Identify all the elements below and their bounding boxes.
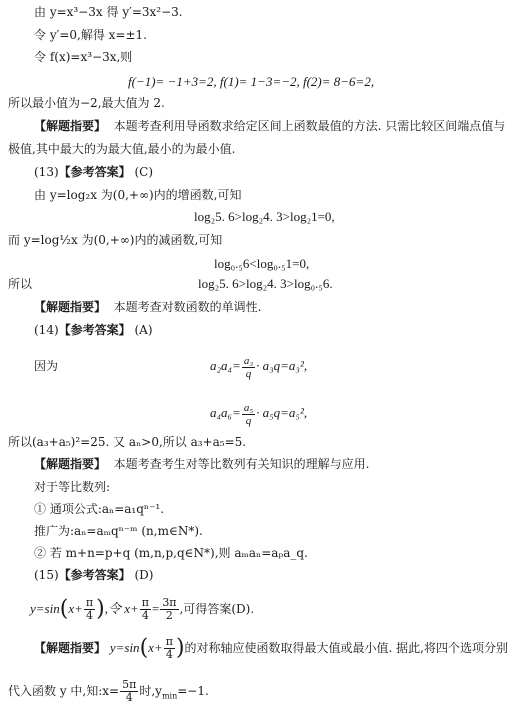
equation-part: y=sin xyxy=(30,601,60,616)
equation-part: ,令 x+ xyxy=(105,601,139,616)
answer-heading-14: (14)【参考答案】 (A) xyxy=(34,322,153,338)
fraction: a₅q xyxy=(242,402,255,427)
text-line: 所以最小值为−2,最大值为 2. xyxy=(8,95,165,111)
question-number: (14) xyxy=(34,323,59,337)
text-line: 令 y′=0,解得 x=±1. xyxy=(34,27,147,43)
equation-part: x+ xyxy=(148,640,163,655)
fraction: 3π2 xyxy=(160,597,178,622)
answer-label: 【参考答案】 xyxy=(59,165,131,179)
answer-label: 【参考答案】 xyxy=(59,568,131,582)
equation-a4a6: a₄a₆=a₅q· a₅q=a₅², xyxy=(210,393,307,433)
denominator: 4 xyxy=(140,610,151,622)
equation-line: log₂5. 6>log₂4. 3>log₂1=0, xyxy=(194,209,335,225)
equation-part: y=sin xyxy=(110,640,140,655)
text-line: 推广为:aₙ=aₘqⁿ⁻ᵐ (n,m∈N*). xyxy=(34,523,203,539)
hint-paragraph: 【解题指要】 本题考查考生对等比数列有关知识的理解与应用. xyxy=(34,456,369,472)
equation-part: · a₃q=a₃², xyxy=(256,358,307,373)
fraction: π4 xyxy=(164,636,175,661)
text-part: 代入函数 y 中,知:x= xyxy=(8,684,119,698)
text-line: 由 y=log₂x 为(0,+∞)内的增函数,可知 xyxy=(34,187,241,203)
fraction: a₃q xyxy=(242,355,255,380)
text-line: ① 通项公式:aₙ=a₁qⁿ⁻¹. xyxy=(34,501,164,517)
equation-line: f(−1)= −1+3=2, f(1)= 1−3=−2, f(2)= 8−6=2… xyxy=(128,74,374,90)
text-line: 极值,其中最大的为最大值,最小的为最小值. xyxy=(8,141,235,157)
equation-a2a4: a₂a₄=a₃q· a₃q=a₃², xyxy=(210,346,307,386)
denominator: 4 xyxy=(164,649,175,661)
paren: ( xyxy=(140,636,149,661)
equation-part: · a₅q=a₅², xyxy=(256,405,307,420)
denominator: q xyxy=(242,415,255,427)
paren: ) xyxy=(96,597,105,622)
hint-text: 的对称轴应使函数取得最大值或最小值. 据此,将四个选项分别 xyxy=(185,641,508,655)
text-line: 而 y=log½x 为(0,+∞)内的减函数,可知 xyxy=(8,232,222,248)
equation-part: = xyxy=(152,601,159,616)
hint-label: 【解题指要】 xyxy=(34,457,106,471)
text-line: ② 若 m+n=p+q (m,n,p,q∈N*),则 aₘaₙ=aₚa_q. xyxy=(34,545,308,561)
text-line: 所以(a₃+a₅)²=25. 又 aₙ>0,所以 a₃+a₅=5. xyxy=(8,434,246,450)
text-line: 令 f(x)=x³−3x,则 xyxy=(34,49,132,65)
paren: ) xyxy=(176,636,185,661)
hint-paragraph: 【解题指要】 本题考查利用导函数求给定区间上函数最值的方法. 只需比较区间端点值… xyxy=(34,118,505,134)
numerator: a₃ xyxy=(242,355,255,368)
denominator: 2 xyxy=(160,610,178,622)
hint-text: 本题考查考生对等比数列有关知识的理解与应用. xyxy=(114,457,370,471)
answer-heading-15: (15)【参考答案】 (D) xyxy=(34,567,153,583)
equation-sin: y=sin(x+π4),令 x+π4=3π2,可得答案(D). xyxy=(30,592,254,627)
question-number: (15) xyxy=(34,568,59,582)
text-line: 对于等比数列: xyxy=(34,479,110,495)
denominator: 4 xyxy=(84,610,95,622)
text-line: 所以 xyxy=(8,276,32,292)
answer-label: 【参考答案】 xyxy=(59,323,131,337)
equation-line: log₀.₅6<log₀.₅1=0, xyxy=(214,256,309,272)
numerator: a₅ xyxy=(242,402,255,415)
text-line: 由 y=x³−3x 得 y′=3x²−3. xyxy=(34,4,183,20)
denominator: 4 xyxy=(120,692,138,704)
equation-part: a₄a₆= xyxy=(210,405,241,420)
answer-value: (A) xyxy=(134,323,152,337)
hint-label: 【解题指要】 xyxy=(34,119,106,133)
subscript: min xyxy=(162,691,177,700)
hint-label: 【解题指要】 xyxy=(34,300,106,314)
denominator: q xyxy=(242,368,255,380)
answer-value: (C) xyxy=(134,165,153,179)
hint-paragraph: 【解题指要】 本题考查对数函数的单调性. xyxy=(34,299,261,315)
text-part: 时,y xyxy=(139,684,162,698)
fraction: π4 xyxy=(140,597,151,622)
answer-value: (D) xyxy=(134,568,153,582)
fraction: π4 xyxy=(84,597,95,622)
fraction: 5π4 xyxy=(120,679,138,704)
hint-paragraph: 【解题指要】 y=sin(x+π4)的对称轴应使函数取得最大值或最小值. 据此,… xyxy=(34,631,508,666)
hint-text: 本题考查利用导函数求给定区间上函数最值的方法. 只需比较区间端点值与 xyxy=(114,119,506,133)
text-line: 代入函数 y 中,知:x=5π4时,ymin=−1. xyxy=(8,674,209,708)
equation-part: a₂a₄= xyxy=(210,358,241,373)
equation-part: x+ xyxy=(68,601,83,616)
answer-heading-13: (13)【参考答案】 (C) xyxy=(34,164,153,180)
hint-label: 【解题指要】 xyxy=(34,641,106,655)
text-part: =−1. xyxy=(177,684,209,698)
equation-line: log₂5. 6>log₂4. 3>log₀.₅6. xyxy=(198,276,333,292)
equation-part: ,可得答案(D). xyxy=(180,602,255,616)
hint-text: 本题考查对数函数的单调性. xyxy=(114,300,262,314)
text-line: 因为 xyxy=(34,358,58,374)
question-number: (13) xyxy=(34,165,59,179)
